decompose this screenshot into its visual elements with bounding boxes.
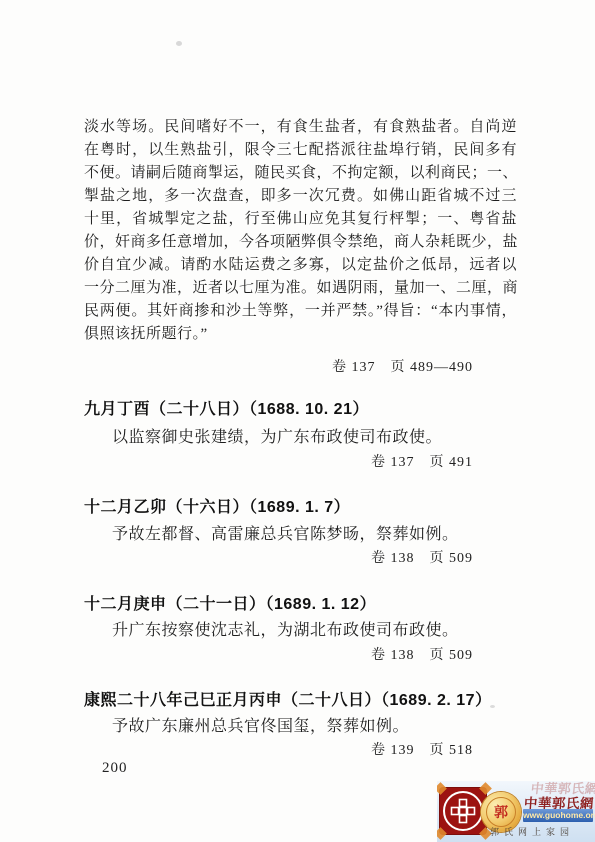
volume-page-citation: 卷 138 页 509 — [84, 547, 473, 567]
scan-speck — [176, 41, 182, 46]
scanned-book-page: 淡水等场。民间嗜好不一，有食生盐者，有食熟盐者。自尚逆 在粤时，以生熟盐引，限令… — [0, 0, 595, 842]
paragraph-line: 十里，省城掣定之盐，行至佛山应免其复行枰掣；一、粤省盐 — [84, 208, 517, 231]
entry-date-header: 康熙二十八年己巳正月丙申（二十八日）（1689. 2. 17） — [84, 687, 554, 710]
site-url: www.guohome.org — [523, 809, 593, 822]
paragraph-line: 不便。请嗣后随商掣运，随民买食，不拘定额，以利商民；一、 — [84, 162, 517, 185]
paragraph-line: 掣盐之地，多一次盘查，即多一次冗费。如佛山距省城不过三 — [84, 185, 517, 208]
red-square-stamp — [440, 788, 486, 834]
paragraph-line: 俱照该抚所题行。” — [84, 323, 517, 346]
page-number: 200 — [102, 760, 128, 777]
volume-page-citation: 卷 137 页 491 — [84, 451, 473, 471]
paragraph-line: 淡水等场。民间嗜好不一，有食生盐者，有食熟盐者。自尚逆 — [84, 116, 517, 139]
entry-date-header: 十二月乙卯（十六日）（1689. 1. 7） — [84, 494, 554, 517]
website-watermark: 郭 中華郭氏網 中華郭氏網 www.guohome.org 郭氏网上家园 — [437, 781, 595, 842]
paragraph-line: 一分二厘为准，近者以七厘为准。如遇阴雨，量加一、二厘，商 — [84, 277, 517, 300]
paragraph-line: 在粤时，以生熟盐引，限令三七配搭派往盐埠行销，民间多有 — [84, 139, 517, 162]
entry-date-header: 九月丁酉（二十八日）（1688. 10. 21） — [84, 396, 554, 419]
main-paragraph: 淡水等场。民间嗜好不一，有食生盐者，有食熟盐者。自尚逆 在粤时，以生熟盐引，限令… — [84, 116, 517, 346]
seal-character: 郭 — [494, 802, 508, 822]
knot-emblem-icon — [440, 788, 486, 834]
paragraph-line: 价自宜少减。请酌水陆运费之多寡，以定盐价之低昂，远者以 — [84, 254, 517, 277]
paragraph-line: 价，奸商多任意增加，今各项陋弊俱令禁绝，商人杂耗既少，盐 — [84, 231, 517, 254]
paragraph-line: 民两便。其奸商掺和沙土等弊，一并严禁。”得旨：“本内事情， — [84, 300, 517, 323]
volume-page-citation: 卷 139 页 518 — [84, 739, 473, 759]
entry-body-text: 予故左都督、高雷廉总兵官陈梦旸，祭葬如例。 — [112, 521, 532, 544]
entry-body-text: 予故广东廉州总兵官佟国玺，祭葬如例。 — [112, 713, 532, 736]
entry-date-header: 十二月庚申（二十一日）（1689. 1. 12） — [84, 591, 554, 614]
site-tagline: 郭氏网上家园 — [490, 825, 574, 838]
volume-page-citation: 卷 137 页 489—490 — [84, 356, 473, 376]
entry-body-text: 升广东按察使沈志礼，为湖北布政使司布政使。 — [112, 617, 532, 640]
entry-body-text: 以监察御史张建绩，为广东布政使司布政使。 — [112, 424, 532, 447]
volume-page-citation: 卷 138 页 509 — [84, 644, 473, 664]
gold-seal-inner-ring: 郭 — [486, 797, 516, 827]
